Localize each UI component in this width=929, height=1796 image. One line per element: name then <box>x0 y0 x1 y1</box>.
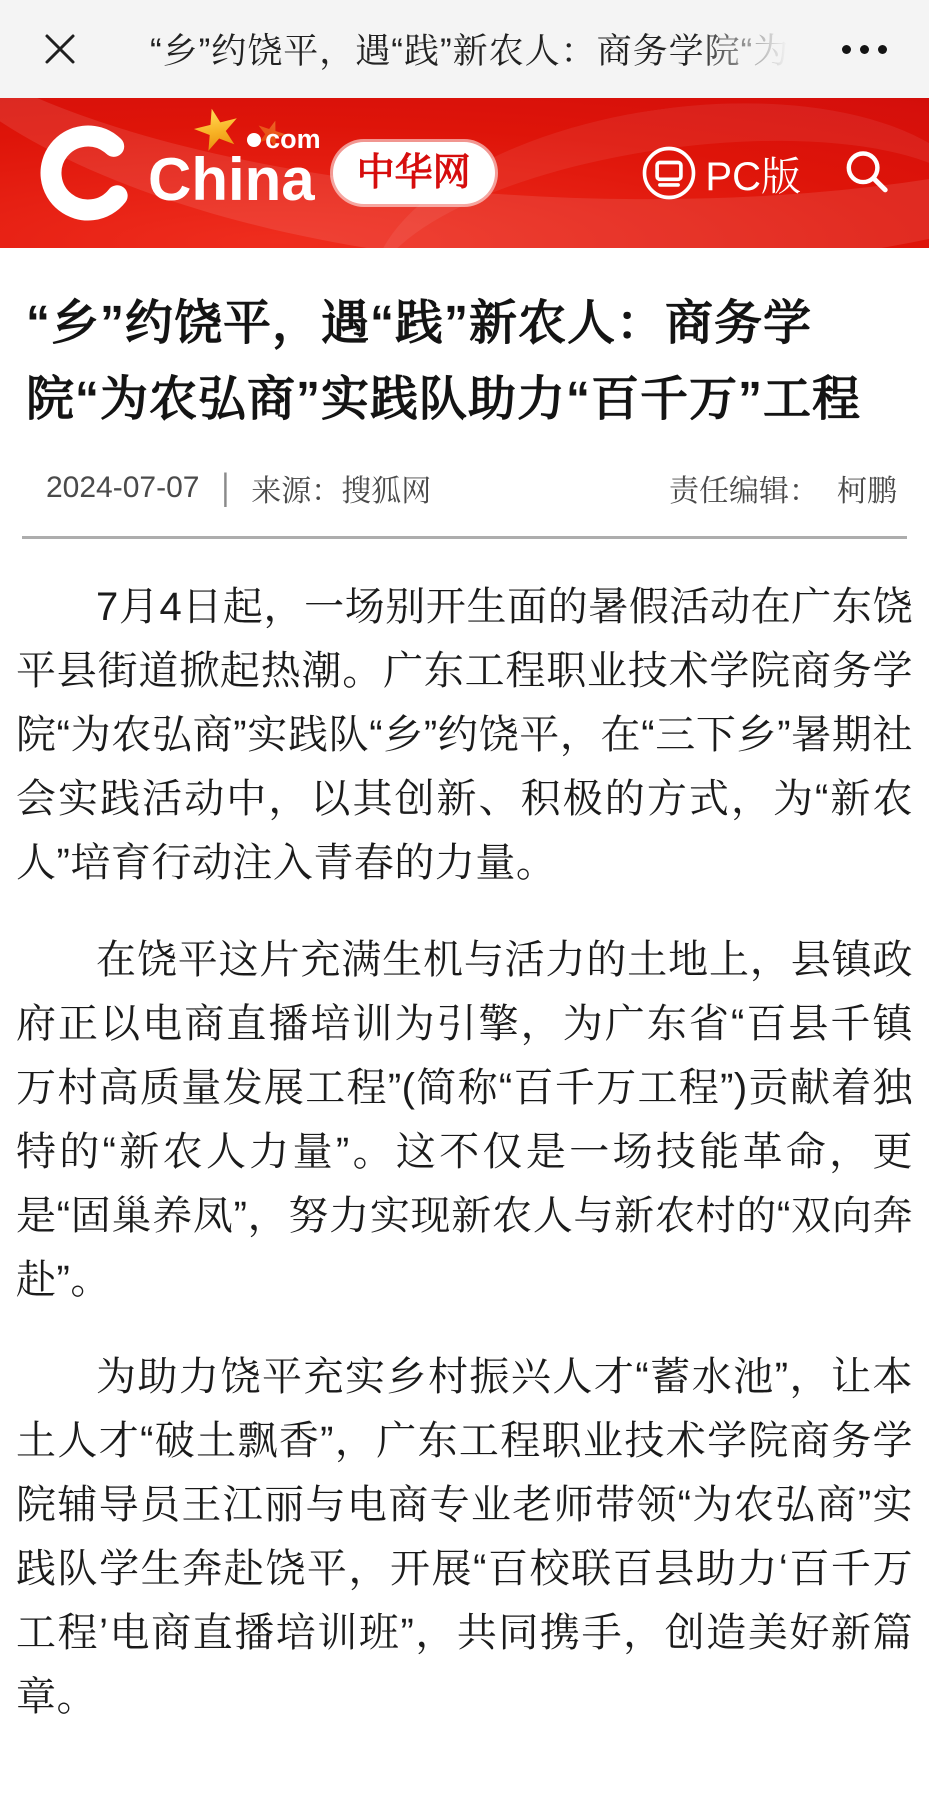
zhonghuawang-badge: 中华网 <box>333 142 495 204</box>
close-icon <box>42 31 78 67</box>
article-paragraph: 为助力饶平充实乡村振兴人才“蓄水池”，让本土人才“破土飘香”，广东工程职业技术学… <box>16 1345 913 1729</box>
more-dot-icon <box>842 45 851 54</box>
topbar-page-title: “乡”约饶平，遇“践”新农人：商务学院“为农弘商”实践队助力“百千万”工程 <box>150 24 814 74</box>
article-paragraph: 7月4日起，一场别开生面的暑假活动在广东饶平县街道掀起热潮。广东工程职业技术学院… <box>16 575 913 895</box>
more-menu-button[interactable] <box>840 37 889 62</box>
meta-right: 责任编辑： 柯鹏 <box>669 466 897 510</box>
editor-name: 柯鹏 <box>837 466 897 510</box>
search-button[interactable] <box>841 147 893 199</box>
monitor-icon <box>641 145 697 201</box>
china-com-logo[interactable]: China com 中华网 <box>36 121 495 225</box>
meta-left: 2024-07-07 | 来源：搜狐网 <box>46 466 431 510</box>
source[interactable]: 来源：搜狐网 <box>251 466 431 510</box>
brand-banner: China com 中华网 PC版 <box>0 98 929 248</box>
banner-actions: PC版 <box>641 145 893 202</box>
brand-wordmark: China com <box>148 136 315 210</box>
article-title: “乡”约饶平，遇“践”新农人：商务学院“为农弘商”实践队助力“百千万”工程 <box>26 286 903 438</box>
close-button[interactable] <box>40 29 80 69</box>
search-icon <box>841 147 893 199</box>
more-dot-icon <box>878 45 887 54</box>
more-dot-icon <box>860 45 869 54</box>
article-meta: 2024-07-07 | 来源：搜狐网 责任编辑： 柯鹏 <box>46 466 897 510</box>
brush-c-logo-icon <box>36 121 140 225</box>
divider <box>22 536 907 539</box>
meta-separator: | <box>221 467 229 510</box>
article: “乡”约饶平，遇“践”新农人：商务学院“为农弘商”实践队助力“百千万”工程 20… <box>0 286 929 1729</box>
topbar: “乡”约饶平，遇“践”新农人：商务学院“为农弘商”实践队助力“百千万”工程 <box>0 0 929 98</box>
pc-version-label: PC版 <box>705 145 801 202</box>
publish-date: 2024-07-07 <box>46 471 199 505</box>
editor-label: 责任编辑： <box>669 466 819 510</box>
article-paragraph: 在饶平这片充满生机与活力的土地上，县镇政府正以电商直播培训为引擎，为广东省“百县… <box>16 928 913 1312</box>
brand-wordmark-com: com <box>247 126 321 153</box>
pc-version-button[interactable]: PC版 <box>641 145 801 202</box>
